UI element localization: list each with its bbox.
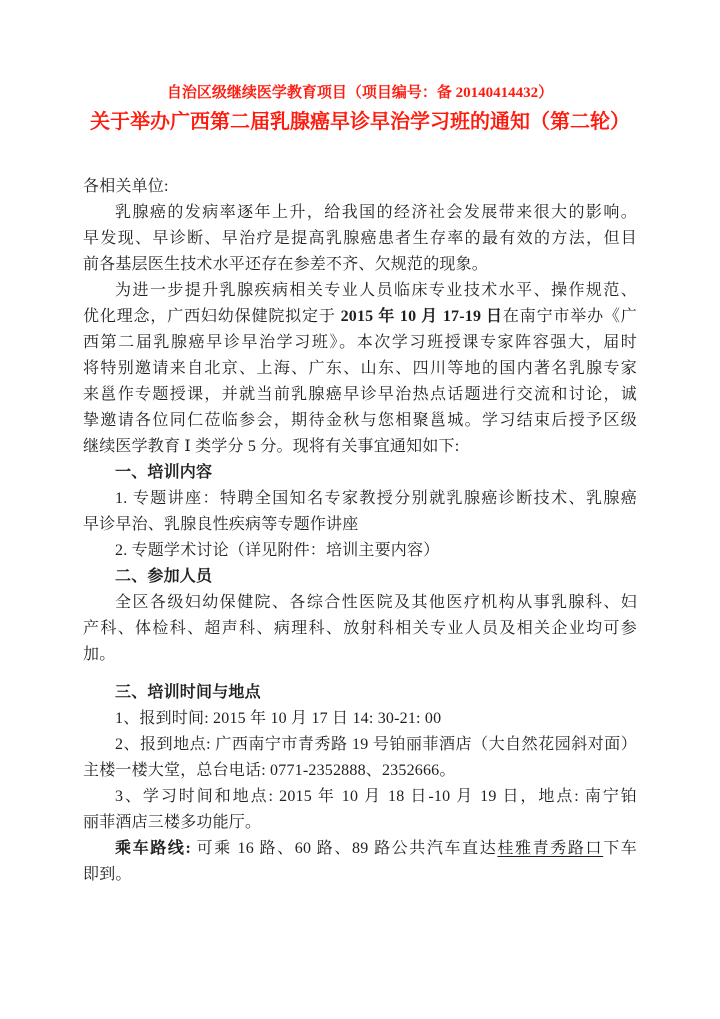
doc-line: 将特别邀请来自北京、上海、广东、山东、四川等地的国内著名乳腺专家 (83, 356, 637, 382)
bold-text: 2015 年 10 月 17-19 日 (341, 308, 503, 325)
notice-title: 关于举办广西第二届乳腺癌早诊早治学习班的通知（第二轮） (83, 108, 637, 137)
text-run: 优化理念，广西妇幼保健院拟定于 (83, 308, 341, 325)
project-header-line: 自治区级继续医学教育项目（项目编号：备 20140414432） (83, 84, 637, 103)
text-run: 西第二届乳腺癌早诊早治学习班》。本次学习班授课专家阵容强大，届时 (83, 334, 637, 351)
doc-line: 即到。 (83, 862, 637, 888)
doc-line: 3、学习时间和地点: 2015 年 10 月 18 日-10 月 19 日，地点… (83, 784, 637, 810)
text-run: 即到。 (83, 866, 132, 883)
text-run: 丽菲酒店三楼多功能厅。 (83, 814, 261, 831)
text-run: 将特别邀请来自北京、上海、广东、山东、四川等地的国内著名乳腺专家 (83, 360, 637, 377)
text-run: 可乘 16 路、60 路、89 路公共汽车直达 (197, 840, 498, 857)
doc-line: 三、培训时间与地点 (83, 680, 637, 706)
doc-line: 1、报到时间: 2015 年 10 月 17 日 14: 30-21: 00 (83, 706, 637, 732)
text-run: 加。 (83, 646, 115, 663)
doc-line: 一、培训内容 (83, 460, 637, 486)
doc-line: 主楼一楼大堂，总台电话: 0771-2352888、2352666。 (83, 758, 637, 784)
doc-line: 产科、体检科、超声科、病理科、放射科相关专业人员及相关企业均可参 (83, 616, 637, 642)
text-run: 来邕作专题授课，并就当前乳腺癌早诊早治热点话题进行交流和讨论，诚 (83, 386, 637, 403)
text-run: 乳腺癌的发病率逐年上升，给我国的经济社会发展带来很大的影响。 (115, 204, 637, 221)
doc-line: 1. 专题讲座：特聘全国知名专家教授分别就乳腺癌诊断技术、乳腺癌 (83, 486, 637, 512)
doc-line: 乳腺癌的发病率逐年上升，给我国的经济社会发展带来很大的影响。 (83, 200, 637, 226)
text-run: 产科、体检科、超声科、病理科、放射科相关专业人员及相关企业均可参 (83, 620, 637, 637)
text-run: 前各基层医生技术水平还存在参差不齐、欠规范的现象。 (83, 256, 488, 273)
text-run: 早发现、早诊断、早治疗是提高乳腺癌患者生存率的最有效的方法，但目 (83, 230, 637, 247)
bold-text: 乘车路线: (115, 840, 197, 857)
text-run: 2. 专题学术讨论（详见附件：培训主要内容） (115, 542, 439, 559)
doc-line: 继续医学教育 Ⅰ 类学分 5 分。现将有关事宜通知如下: (83, 434, 637, 460)
doc-line: 全区各级妇幼保健院、各综合性医院及其他医疗机构从事乳腺科、妇 (83, 590, 637, 616)
notice-document: 自治区级继续医学教育项目（项目编号：备 20140414432） 关于举办广西第… (83, 0, 637, 888)
underlined-text: 桂雅青秀路口 (497, 840, 603, 857)
text-run: 3、学习时间和地点: 2015 年 10 月 18 日-10 月 19 日，地点… (115, 788, 637, 805)
text-run: 1. 专题讲座：特聘全国知名专家教授分别就乳腺癌诊断技术、乳腺癌 (115, 490, 637, 507)
text-run: 各相关单位: (83, 178, 169, 195)
doc-line: 优化理念，广西妇幼保健院拟定于 2015 年 10 月 17-19 日在南宁市举… (83, 304, 637, 330)
text-run: 继续医学教育 Ⅰ 类学分 5 分。现将有关事宜通知如下: (83, 438, 459, 455)
doc-line: 2、报到地点: 广西南宁市青秀路 19 号铂丽菲酒店（大自然花园斜对面） (83, 732, 637, 758)
text-run: 为进一步提升乳腺疾病相关专业人员临床专业技术水平、操作规范、 (115, 282, 637, 299)
bold-text: 三、培训时间与地点 (115, 684, 261, 701)
text-run: 1、报到时间: 2015 年 10 月 17 日 14: 30-21: 00 (115, 710, 441, 727)
doc-line: 2. 专题学术讨论（详见附件：培训主要内容） (83, 538, 637, 564)
doc-line: 西第二届乳腺癌早诊早治学习班》。本次学习班授课专家阵容强大，届时 (83, 330, 637, 356)
doc-line: 各相关单位: (83, 174, 637, 200)
doc-line: 丽菲酒店三楼多功能厅。 (83, 810, 637, 836)
doc-line: 前各基层医生技术水平还存在参差不齐、欠规范的现象。 (83, 252, 637, 278)
page: 自治区级继续医学教育项目（项目编号：备 20140414432） 关于举办广西第… (0, 0, 720, 1019)
text-run: 挚邀请各位同仁莅临参会，期待金秋与您相聚邕城。学习结束后授予区级 (83, 412, 637, 429)
doc-line: 早诊早治、乳腺良性疾病等专题作讲座 (83, 512, 637, 538)
text-run: 主楼一楼大堂，总台电话: 0771-2352888、2352666。 (83, 762, 456, 779)
doc-line: 早发现、早诊断、早治疗是提高乳腺癌患者生存率的最有效的方法，但目 (83, 226, 637, 252)
doc-line: 为进一步提升乳腺疾病相关专业人员临床专业技术水平、操作规范、 (83, 278, 637, 304)
bold-text: 二、参加人员 (115, 568, 212, 585)
doc-line: 来邕作专题授课，并就当前乳腺癌早诊早治热点话题进行交流和讨论，诚 (83, 382, 637, 408)
document-body: 各相关单位:乳腺癌的发病率逐年上升，给我国的经济社会发展带来很大的影响。早发现、… (83, 174, 637, 888)
doc-line: 挚邀请各位同仁莅临参会，期待金秋与您相聚邕城。学习结束后授予区级 (83, 408, 637, 434)
doc-line: 加。 (83, 642, 637, 668)
doc-line: 乘车路线: 可乘 16 路、60 路、89 路公共汽车直达桂雅青秀路口下车 (83, 836, 637, 862)
doc-line: 二、参加人员 (83, 564, 637, 590)
bold-text: 一、培训内容 (115, 464, 212, 481)
text-run: 下车 (603, 840, 637, 857)
text-run: 在南宁市举办《广 (503, 308, 637, 325)
text-run: 全区各级妇幼保健院、各综合性医院及其他医疗机构从事乳腺科、妇 (115, 594, 637, 611)
text-run: 2、报到地点: 广西南宁市青秀路 19 号铂丽菲酒店（大自然花园斜对面） (115, 736, 637, 753)
text-run: 早诊早治、乳腺良性疾病等专题作讲座 (83, 516, 358, 533)
